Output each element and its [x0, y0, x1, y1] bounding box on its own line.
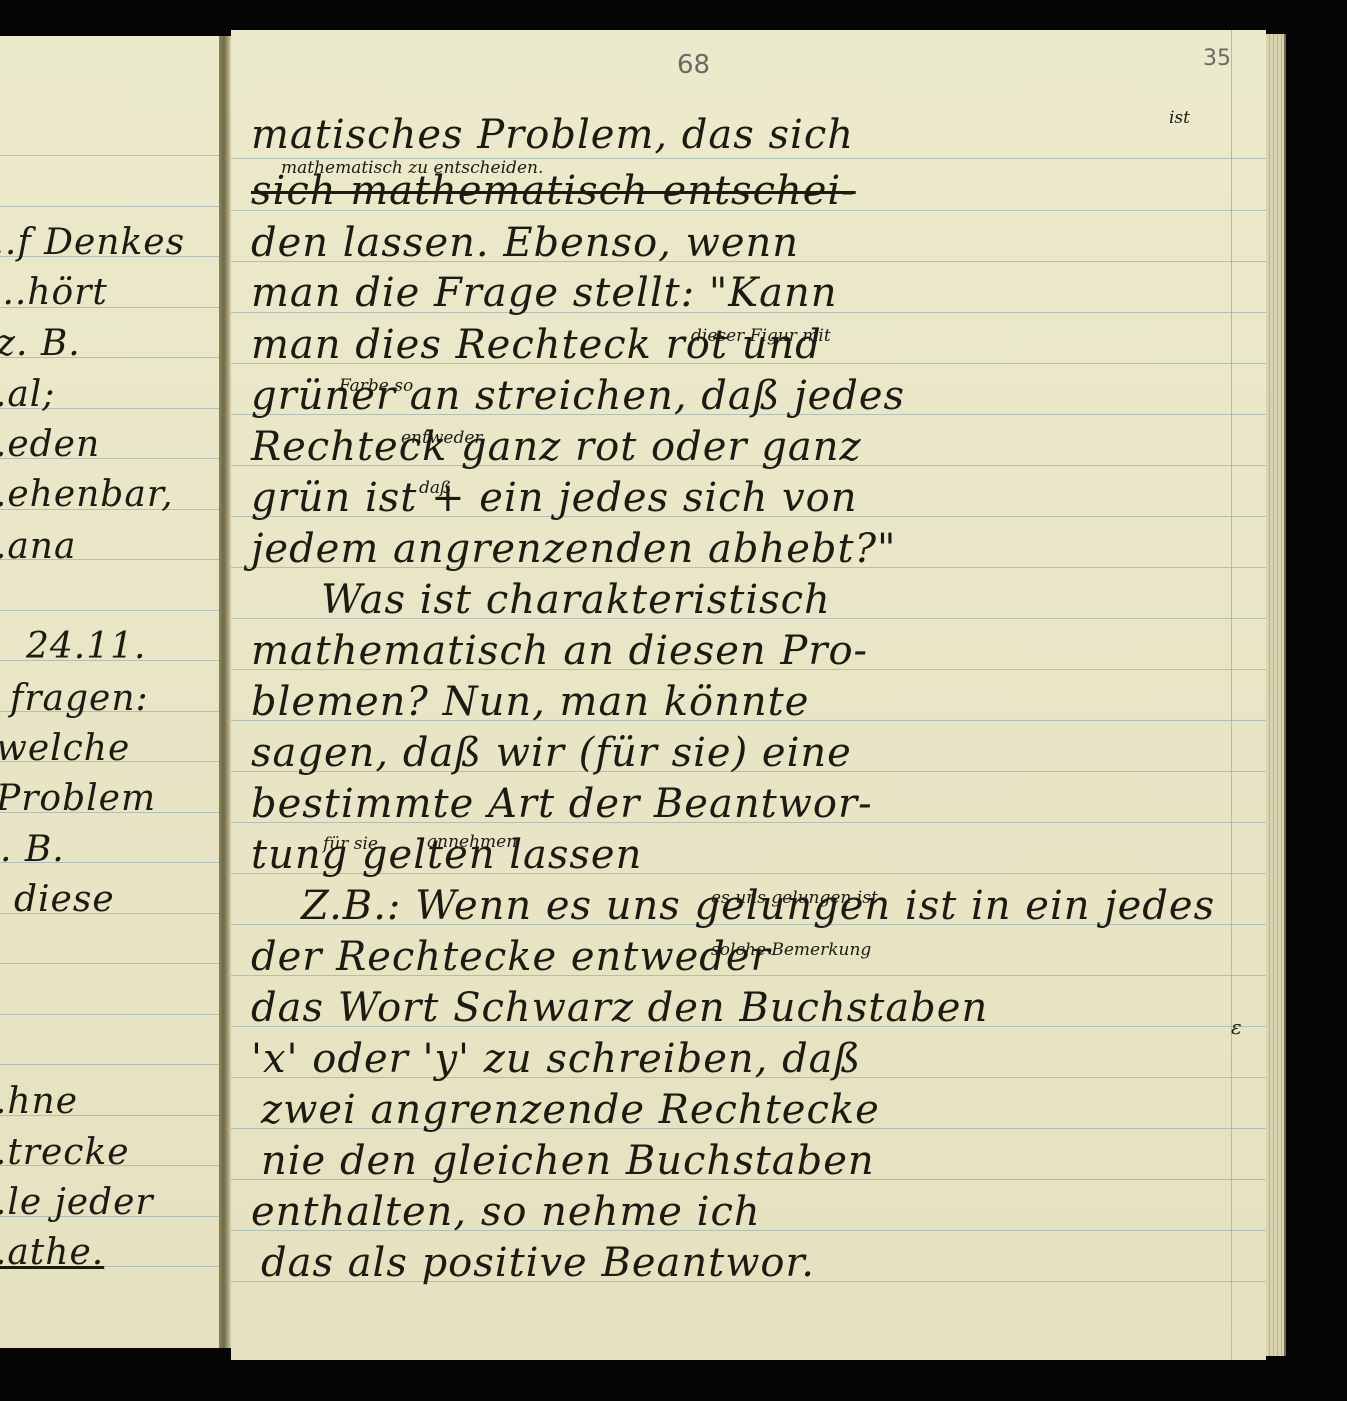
ruled-line — [0, 206, 219, 207]
text-line: tung gelten lassen — [251, 832, 642, 878]
left-line: ...trecke — [0, 1132, 130, 1173]
text-line: enthalten, so nehme ich — [251, 1189, 761, 1235]
text-line: der Rechtecke entweder — [251, 934, 771, 980]
left-line: z. B. — [0, 829, 65, 870]
left-line: ...f Denkes — [0, 222, 185, 263]
text-line: nie den gleichen Buchstaben — [261, 1138, 875, 1184]
text-line: das als positive Beantwor. — [261, 1240, 815, 1286]
text-line: das Wort Schwarz den Buchstaben — [251, 985, 988, 1031]
text-line: grün ist + ein jedes sich von — [251, 475, 857, 521]
left-line: ...hört — [0, 272, 108, 313]
text-line: grüner an streichen, daß jedes — [251, 373, 905, 419]
text-line: matisches Problem, das sich — [251, 112, 854, 158]
left-line-date: 24.11. — [26, 626, 147, 667]
page-number: 35 — [1203, 46, 1231, 71]
ruled-line — [0, 1014, 219, 1015]
text-line-struck: sich mathematisch entschei- — [251, 168, 856, 214]
margin-mark: ε — [1231, 1015, 1242, 1039]
text-line: zwei angrenzende Rechtecke — [261, 1087, 880, 1133]
text-line: man dies Rechteck rot und — [251, 322, 822, 368]
left-line: ...athe. — [0, 1232, 104, 1273]
text-line: sagen, daß wir (für sie) eine — [251, 730, 852, 776]
text-line: Z.B.: Wenn es uns gelungen ist in ein je… — [301, 883, 1215, 929]
interlinear-insertion: ist — [1169, 108, 1190, 128]
page-stack-edge — [1266, 34, 1286, 1356]
left-line: ...eden — [0, 424, 100, 465]
text-line: blemen? Nun, man könnte — [251, 679, 809, 725]
ruled-line — [0, 1064, 219, 1065]
left-line: ...ana — [0, 526, 76, 567]
text-line: Rechteck ganz rot oder ganz — [251, 424, 862, 470]
left-line: fragen: — [10, 678, 149, 719]
text-line: Was ist charakteristisch — [321, 577, 831, 623]
text-line: 'x' oder 'y' zu schreiben, daß — [251, 1036, 861, 1082]
ruled-line — [0, 963, 219, 964]
left-page: ...f Denkes ...hört z. B. ...al; ...eden… — [0, 36, 221, 1348]
notebook-gutter — [219, 36, 231, 1348]
left-line: welche — [0, 728, 130, 769]
left-line: ...al; — [0, 374, 55, 415]
ruled-line — [0, 610, 219, 611]
text-line: man die Frage stellt: "Kann — [251, 270, 838, 316]
ruled-line — [0, 155, 219, 156]
right-page: 68 35 ist mathematisch zu entscheiden. d… — [231, 30, 1266, 1360]
pencil-folio-number: 68 — [677, 50, 710, 80]
text-line: den lassen. Ebenso, wenn — [251, 220, 799, 266]
left-line: z. B. — [0, 323, 81, 364]
text-line: bestimmte Art der Beantwor- — [251, 781, 873, 827]
text-line: mathematisch an diesen Pro- — [251, 628, 868, 674]
left-line: ...ehenbar, — [0, 474, 174, 515]
left-line: ...hne — [0, 1081, 78, 1122]
left-line: ...le jeder — [0, 1182, 154, 1223]
text-line: jedem angrenzenden abhebt?" — [251, 526, 896, 572]
left-line: diese — [14, 879, 115, 920]
left-line: Problem — [0, 778, 156, 819]
right-margin-line — [1231, 30, 1232, 1360]
